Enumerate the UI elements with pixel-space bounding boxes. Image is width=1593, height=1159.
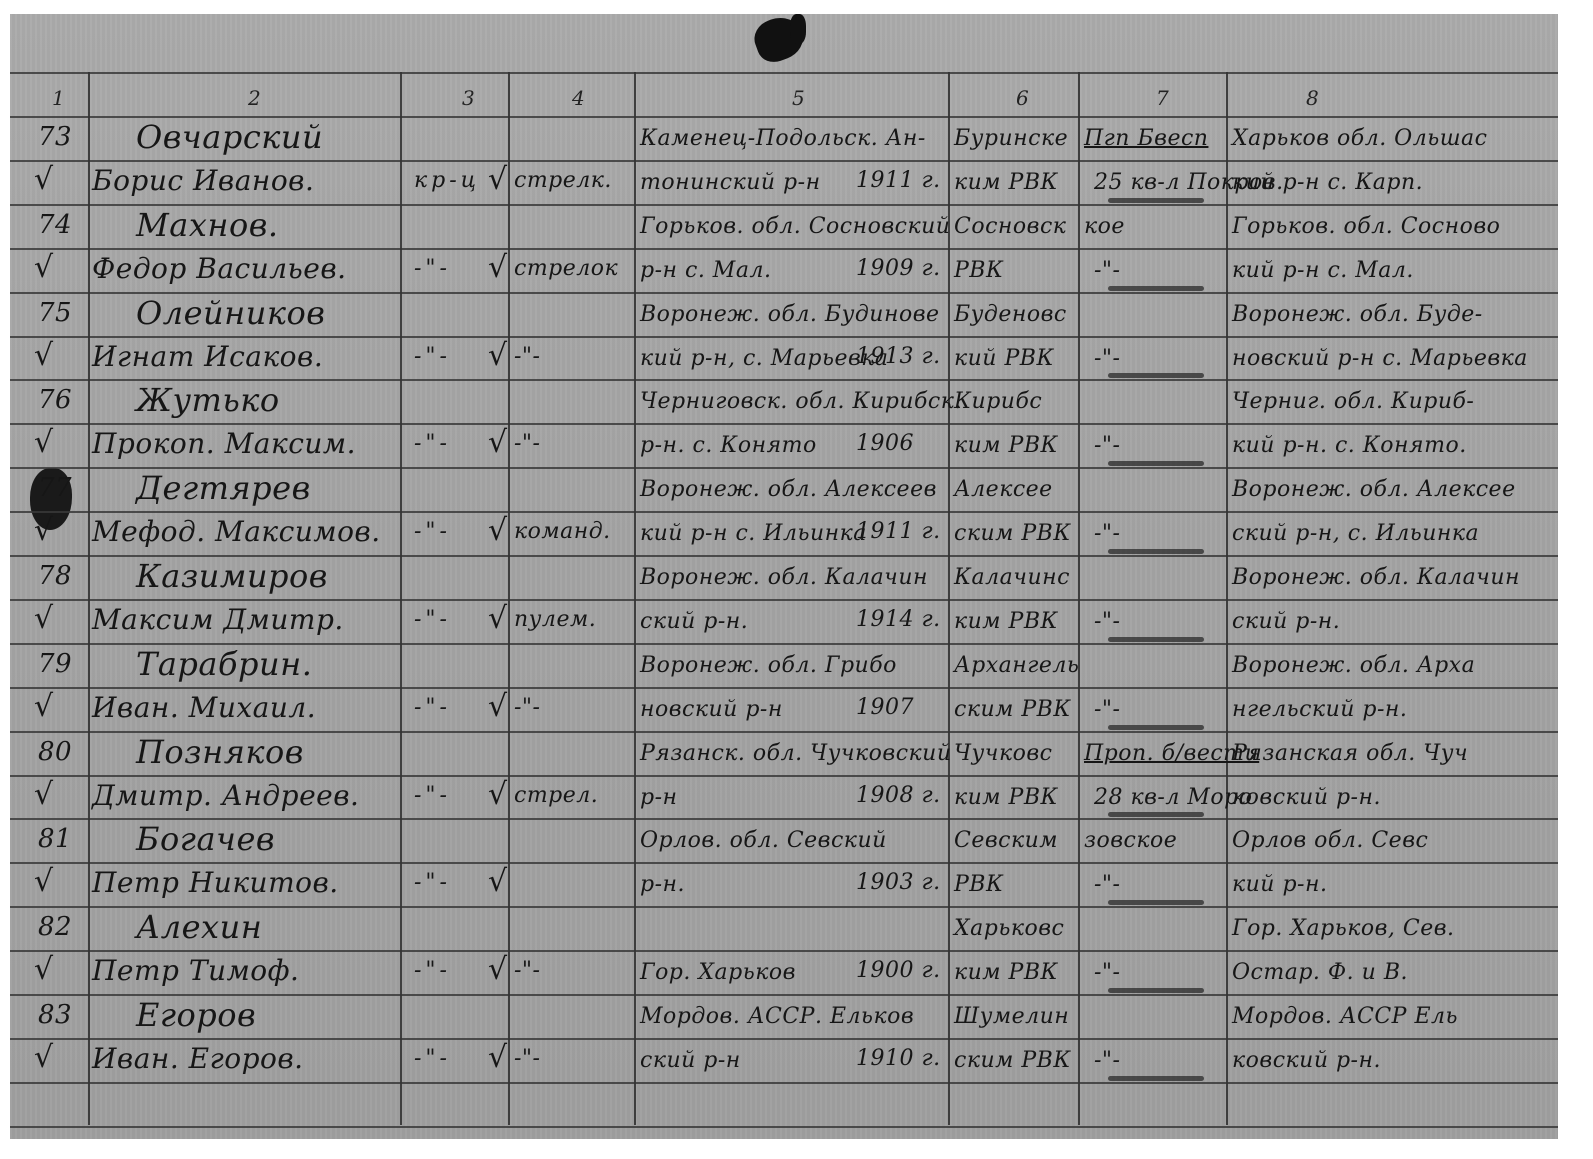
surname: Егоров: [136, 996, 256, 1034]
birth-year: 1911 г.: [856, 168, 941, 193]
draft-office: Севским: [954, 828, 1058, 853]
home-address: Орлов обл. Севс: [1232, 828, 1428, 853]
surname: Тарабрин.: [136, 645, 312, 683]
birth-year: 1908 г.: [856, 783, 941, 808]
column-line: [634, 72, 636, 1125]
entry-number: 78: [38, 561, 72, 591]
birthplace: Воронеж. обл. Будинове: [640, 302, 940, 327]
birthplace: р-н.: [640, 872, 685, 897]
home-address: новский р-н с. Марьевка: [1232, 346, 1528, 371]
home-address: ковский р-н.: [1232, 1048, 1381, 1073]
draft-office: РВК: [954, 872, 1004, 897]
draft-office: ским РВК: [954, 697, 1071, 722]
check-mark-icon: √: [488, 601, 508, 636]
fate-note: -"-: [1094, 697, 1121, 722]
given-name-patronymic: Иван. Егоров.: [92, 1042, 304, 1075]
check-mark-icon: √: [34, 1040, 54, 1075]
check-mark-icon: √: [34, 425, 54, 460]
column-header: 5: [792, 86, 805, 110]
rank: -"-: [414, 431, 451, 456]
ruled-line: [10, 511, 1558, 513]
column-header: 8: [1306, 86, 1319, 110]
ruled-line: [10, 950, 1558, 952]
birth-year: 1913 г.: [856, 344, 941, 369]
surname: Богачев: [136, 820, 275, 858]
draft-office: Сосновск: [954, 214, 1066, 239]
check-mark-icon: √: [488, 162, 508, 197]
rank: -"-: [414, 870, 451, 895]
check-mark-icon: √: [488, 513, 508, 548]
ruled-line: [10, 599, 1558, 601]
ruled-line: [10, 72, 1558, 74]
home-address: нгельский р-н.: [1232, 697, 1407, 722]
ruled-line: [10, 775, 1558, 777]
entry-number: 74: [38, 210, 72, 240]
rank: -"-: [414, 1046, 451, 1071]
birthplace: Воронеж. обл. Калачин: [640, 565, 928, 590]
home-address: Воронеж. обл. Арха: [1232, 653, 1475, 678]
birthplace: Мордов. АССР. Ельков: [640, 1004, 914, 1029]
draft-office: ским РВК: [954, 521, 1071, 546]
position: -"-: [514, 1046, 541, 1071]
surname: Махнов.: [136, 206, 279, 244]
entry-number: 75: [38, 298, 72, 328]
column-header: 3: [462, 86, 475, 110]
column-header: 6: [1016, 86, 1029, 110]
surname: Жутько: [136, 381, 280, 419]
home-address: Воронеж. обл. Буде-: [1232, 302, 1483, 327]
draft-office: ским РВК: [954, 1048, 1071, 1073]
check-mark-icon: √: [34, 952, 54, 987]
position: стрел.: [514, 783, 598, 808]
fate-note: -"-: [1094, 258, 1121, 283]
birthplace: р-н с. Мал.: [640, 258, 771, 283]
given-name-patronymic: Петр Никитов.: [92, 866, 339, 899]
entry-number: 83: [38, 1000, 72, 1030]
entry-number: 81: [38, 824, 72, 854]
given-name-patronymic: Федор Васильев.: [92, 252, 347, 285]
position: стрелк.: [514, 168, 612, 193]
column-header: 2: [248, 86, 261, 110]
draft-office: Шумелин: [954, 1004, 1069, 1029]
ruled-line: [10, 160, 1558, 162]
ruled-line: [10, 1126, 1558, 1128]
position: -"-: [514, 431, 541, 456]
check-mark-icon: √: [488, 250, 508, 285]
check-mark-icon: √: [488, 338, 508, 373]
entry-number: 79: [38, 649, 72, 679]
column-line: [508, 72, 510, 1125]
birthplace: тонинский р-н: [640, 170, 821, 195]
given-name-patronymic: Дмитр. Андреев.: [92, 779, 359, 812]
fate-note: зовское: [1084, 828, 1177, 853]
draft-office: ким РВК: [954, 960, 1058, 985]
fate-note: 28 кв-л Моро: [1094, 785, 1252, 810]
check-mark-icon: √: [488, 689, 508, 724]
ink-strike: [1108, 1076, 1204, 1081]
draft-office: кий РВК: [954, 346, 1054, 371]
fate-note: -"-: [1094, 609, 1121, 634]
home-address: Гор. Харьков, Сев.: [1232, 916, 1455, 941]
home-address: Харьков обл. Ольшас: [1232, 126, 1488, 151]
draft-office: Алексее: [954, 477, 1053, 502]
draft-office: ким РВК: [954, 170, 1058, 195]
ink-strike: [1108, 549, 1204, 554]
birthplace: Воронеж. обл. Алексеев: [640, 477, 937, 502]
draft-office: Харьковс: [954, 916, 1064, 941]
birthplace: Рязанск. обл. Чучковский: [640, 741, 952, 766]
column-line: [88, 72, 90, 1125]
surname: Позняков: [136, 733, 304, 771]
draft-office: Архангель: [954, 653, 1079, 678]
ruled-line: [10, 423, 1558, 425]
given-name-patronymic: Петр Тимоф.: [92, 954, 299, 987]
birthplace: р-н: [640, 785, 678, 810]
ink-strike: [1108, 637, 1204, 642]
rank: -"-: [414, 256, 451, 281]
birthplace: Горьков. обл. Сосновский: [640, 214, 950, 239]
home-address: Мордов. АССР Ель: [1232, 1004, 1458, 1029]
fate-note: кое: [1084, 214, 1125, 239]
home-address: Горьков. обл. Сосново: [1232, 214, 1500, 239]
column-line: [1226, 72, 1228, 1125]
draft-office: Буденовс: [954, 302, 1067, 327]
check-mark-icon: √: [488, 777, 508, 812]
birthplace: Гор. Харьков: [640, 960, 796, 985]
birth-year: 1907: [856, 695, 914, 720]
home-address: Черниг. обл. Кириб-: [1232, 389, 1474, 414]
ink-blot: [790, 14, 806, 44]
birth-year: 1903 г.: [856, 870, 941, 895]
check-mark-icon: √: [34, 689, 54, 724]
draft-office: ким РВК: [954, 433, 1058, 458]
rank: -"-: [414, 783, 451, 808]
birthplace: ский р-н.: [640, 609, 748, 634]
fate-note: -"-: [1094, 960, 1121, 985]
column-header: 1: [52, 86, 65, 110]
fate-note: -"-: [1094, 872, 1121, 897]
birthplace: ский р-н: [640, 1048, 741, 1073]
position: -"-: [514, 344, 541, 369]
birth-year: 1911 г.: [856, 519, 941, 544]
birth-year: 1900 г.: [856, 958, 941, 983]
position: пулем.: [514, 607, 596, 632]
ink-strike: [1108, 373, 1204, 378]
entry-number: 80: [38, 737, 72, 767]
draft-office: РВК: [954, 258, 1004, 283]
check-mark-icon: √: [488, 1040, 508, 1075]
position: -"-: [514, 958, 541, 983]
rank: -"-: [414, 344, 451, 369]
birth-year: 1914 г.: [856, 607, 941, 632]
surname: Олейников: [136, 294, 325, 332]
ink-strike: [1108, 725, 1204, 730]
check-mark-icon: √: [34, 601, 54, 636]
ink-strike: [1108, 198, 1204, 203]
rank: -"-: [414, 519, 451, 544]
home-address: ковский р-н.: [1232, 785, 1381, 810]
draft-office: Калачинс: [954, 565, 1070, 590]
entry-number: 82: [38, 912, 72, 942]
entry-number: 73: [38, 122, 72, 152]
surname: Казимиров: [136, 557, 328, 595]
check-mark-icon: √: [34, 777, 54, 812]
birth-year: 1906: [856, 431, 914, 456]
column-line: [400, 72, 402, 1125]
given-name-patronymic: Максим Дмитр.: [92, 603, 344, 636]
position: стрелок: [514, 256, 618, 281]
draft-office: Кирибс: [954, 389, 1042, 414]
birthplace: Каменец-Подольск. Ан-: [640, 126, 926, 151]
ruled-line: [10, 248, 1558, 250]
rank: -"-: [414, 607, 451, 632]
column-header: 4: [572, 86, 585, 110]
home-address: Воронеж. обл. Алексее: [1232, 477, 1516, 502]
home-address: кий р-н. с. Конято.: [1232, 433, 1467, 458]
home-address: Рязанская обл. Чуч: [1232, 741, 1468, 766]
check-mark-icon: √: [488, 952, 508, 987]
check-mark-icon: √: [488, 425, 508, 460]
birthplace: р-н. с. Конято: [640, 433, 817, 458]
check-mark-icon: √: [34, 513, 54, 548]
home-address: ский р-н.: [1232, 609, 1340, 634]
draft-office: Чучковс: [954, 741, 1052, 766]
check-mark-icon: √: [34, 864, 54, 899]
ruled-line: [10, 1082, 1558, 1084]
column-header: 7: [1156, 86, 1169, 110]
draft-office: ким РВК: [954, 785, 1058, 810]
check-mark-icon: √: [488, 864, 508, 899]
fate-note: -"-: [1094, 433, 1121, 458]
rank: кр-ц: [414, 168, 480, 193]
ink-strike: [1108, 900, 1204, 905]
ink-strike: [1108, 988, 1204, 993]
rank: -"-: [414, 958, 451, 983]
draft-office: ким РВК: [954, 609, 1058, 634]
given-name-patronymic: Борис Иванов.: [92, 164, 314, 197]
home-address: кий р-н с. Мал.: [1232, 258, 1414, 283]
rank: -"-: [414, 695, 451, 720]
birthplace: Черниговск. обл. Кирибск.: [640, 389, 962, 414]
birth-year: 1910 г.: [856, 1046, 941, 1071]
position: команд.: [514, 519, 611, 544]
home-address: кий р-н.: [1232, 872, 1327, 897]
ink-strike: [1108, 461, 1204, 466]
birthplace: Воронеж. обл. Грибо: [640, 653, 897, 678]
position: -"-: [514, 695, 541, 720]
ruled-line: [10, 862, 1558, 864]
birth-year: 1909 г.: [856, 256, 941, 281]
ruled-line: [10, 687, 1558, 689]
fate-note: Пгп Бвесп: [1084, 126, 1208, 151]
surname: Дегтярев: [136, 469, 311, 507]
ruled-line: [10, 1038, 1558, 1040]
birthplace: кий р-н с. Ильинка: [640, 521, 867, 546]
fate-note: -"-: [1094, 346, 1121, 371]
ruled-line: [10, 336, 1558, 338]
birthplace: Орлов. обл. Севский: [640, 828, 887, 853]
surname: Овчарский: [136, 118, 323, 156]
draft-office: Буринске: [954, 126, 1068, 151]
check-mark-icon: √: [34, 338, 54, 373]
home-address: Воронеж. обл. Калачин: [1232, 565, 1520, 590]
fate-note: -"-: [1094, 1048, 1121, 1073]
check-mark-icon: √: [34, 162, 54, 197]
birthplace: новский р-н: [640, 697, 783, 722]
given-name-patronymic: Прокоп. Максим.: [92, 427, 356, 460]
surname: Алехин: [136, 908, 262, 946]
home-address: Остар. Ф. и В.: [1232, 960, 1408, 985]
ink-strike: [1108, 812, 1204, 817]
column-line: [1078, 72, 1080, 1125]
ink-strike: [1108, 286, 1204, 291]
home-address: кий р-н с. Карп.: [1232, 170, 1423, 195]
given-name-patronymic: Мефод. Максимов.: [92, 515, 381, 548]
entry-number: 77: [38, 473, 72, 503]
home-address: ский р-н, с. Ильинка: [1232, 521, 1479, 546]
entry-number: 76: [38, 385, 72, 415]
given-name-patronymic: Иван. Михаил.: [92, 691, 316, 724]
birthplace: кий р-н, с. Марьевка: [640, 346, 889, 371]
given-name-patronymic: Игнат Исаков.: [92, 340, 323, 373]
fate-note: -"-: [1094, 521, 1121, 546]
check-mark-icon: √: [34, 250, 54, 285]
